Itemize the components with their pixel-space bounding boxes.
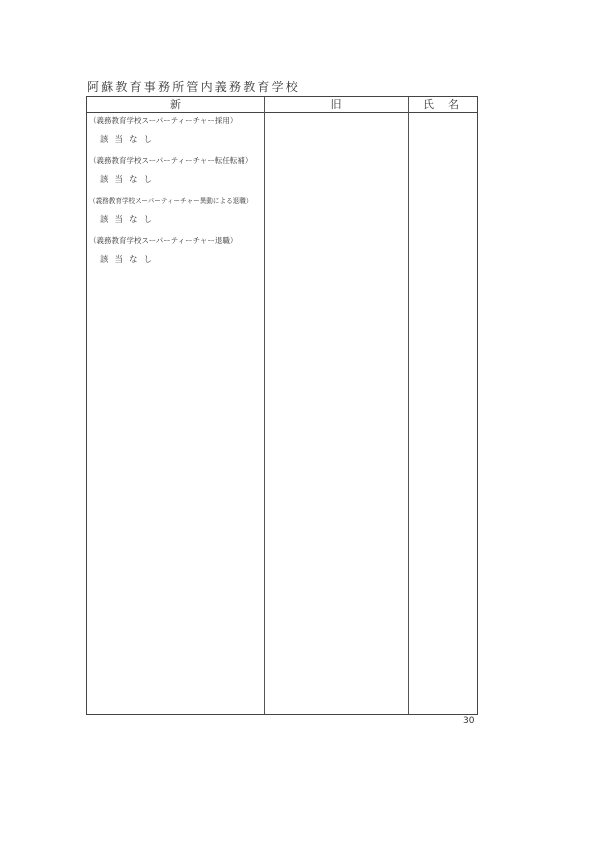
column-divider-old-name [408,97,409,714]
section-content-transfer: 該当なし [89,167,263,193]
header-new: 新 [87,98,264,112]
section-heading-transfer: （義務教育学校スーパーティーチャー転任転補） [89,155,263,167]
new-column-content: （義務教育学校スーパーティーチャー採用） 該当なし （義務教育学校スーパーティー… [89,113,263,273]
section-content-retire: 該当なし [89,247,263,273]
section-heading-retire-by-transfer: （義務教育学校スーパーティーチャー異動による退職） [89,195,263,207]
header-old: 旧 [264,98,408,112]
section-content-hire: 該当なし [89,127,263,153]
personnel-table: 新 旧 氏名 （義務教育学校スーパーティーチャー採用） 該当なし （義務教育学校… [86,96,478,715]
section-heading-hire: （義務教育学校スーパーティーチャー採用） [89,115,263,127]
section-content-retire-by-transfer: 該当なし [89,207,263,233]
page-number: 30 [463,716,474,726]
section-heading-retire: （義務教育学校スーパーティーチャー退職） [89,235,263,247]
column-divider-new-old [264,97,265,714]
document-title: 阿蘇教育事務所管内義務教育学校 [87,78,300,95]
header-name: 氏名 [408,98,478,112]
